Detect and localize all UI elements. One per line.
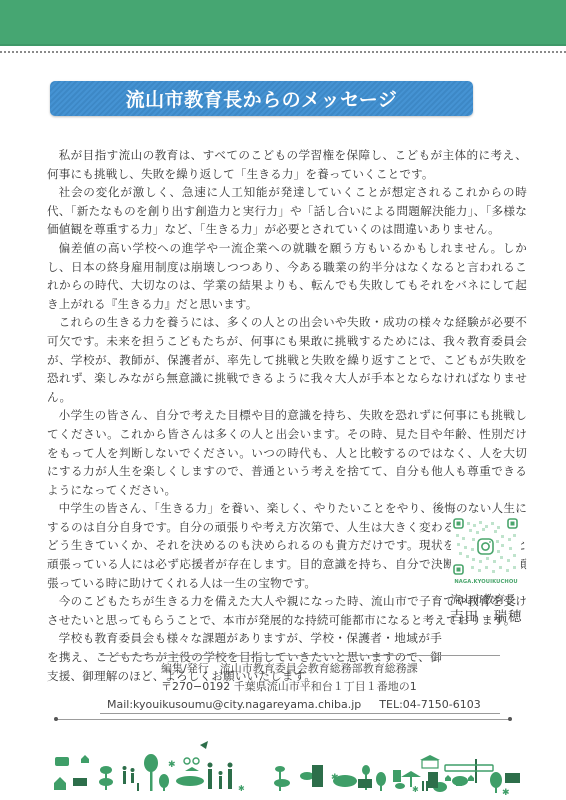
building-icon [312,765,323,787]
train-icon [445,765,493,771]
qr-caption: NAGA.KYOUIKUCHOU [451,579,521,585]
svg-text:✱: ✱ [238,784,245,793]
paragraph-1: 私が目指す流山の教育は、すべてのこどもの学習権を保障し、こどもが主体的に考え、何… [47,146,527,183]
building-icon [505,773,520,783]
footer-tel[interactable]: TEL:04-7150-6103 [379,698,480,711]
bus-icon [55,757,69,766]
shelter-icon [73,778,87,786]
dotted-divider [0,51,566,53]
building-icon [428,772,438,788]
header-bar-edge [0,44,566,46]
kiosk-icon [393,770,401,782]
house-icon [81,755,89,763]
signature-name: 吉田 瑞穂 [450,608,530,626]
footer-mail-link[interactable]: Mail:kyouikusoumu@city.nagareyama.chiba.… [107,698,361,711]
instagram-qr-icon [451,516,521,578]
signature: 流山市教育長 吉田 瑞穂 [450,592,530,626]
town-illustration: ✱ ✱ ✱ ✱ ✱ [50,735,520,795]
header-bar [0,0,566,45]
qr-code[interactable]: NAGA.KYOUIKUCHOU [451,516,521,586]
paragraph-5: 小学生の皆さん、自分で考えた目標や目的意識を持ち、失敗を恐れずに何事にも挑戦して… [47,406,527,499]
title-banner: 流山市教育長からのメッセージ [50,81,473,116]
signature-title: 流山市教育長 [450,592,530,608]
footer: 編集/発行 流山市教育委員会教育総務部教育総務課 〒270−0192 千葉県流山… [100,660,500,714]
footer-address: 〒270−0192 千葉県流山市平和台１丁目１番地の1 [100,678,500,696]
page-title: 流山市教育長からのメッセージ [126,85,398,112]
paragraph-4: これらの生きる力を養うには、多くの人との出会いや失敗・成功の様々な経験が必要不可… [47,313,527,406]
illustration-baseline [56,719,510,720]
line-end-dot-right [508,717,512,721]
paragraph-3: 偏差値の高い学校への進学や一流企業への就職を願う方もいるかもしれません。しかし、… [47,239,527,313]
bus-icon [358,779,372,788]
svg-text:✱: ✱ [412,785,419,794]
bird-icon [200,741,208,749]
footer-publisher: 編集/発行 流山市教育委員会教育総務部教育総務課 [100,660,500,678]
svg-text:✱: ✱ [331,773,339,783]
pond-icon [176,776,204,786]
svg-text:✱: ✱ [168,760,176,770]
footer-contact: Mail:kyouikusoumu@city.nagareyama.chiba.… [100,696,500,714]
house-icon [54,777,66,790]
line-end-dot-left [54,717,58,721]
paragraph-2: 社会の変化が激しく、急速に人工知能が発達していくことが想定されるこれからの時代、… [47,183,527,239]
svg-text:✱: ✱ [502,788,510,795]
footer-divider-top [100,655,500,656]
footer-divider-bottom [100,713,500,714]
